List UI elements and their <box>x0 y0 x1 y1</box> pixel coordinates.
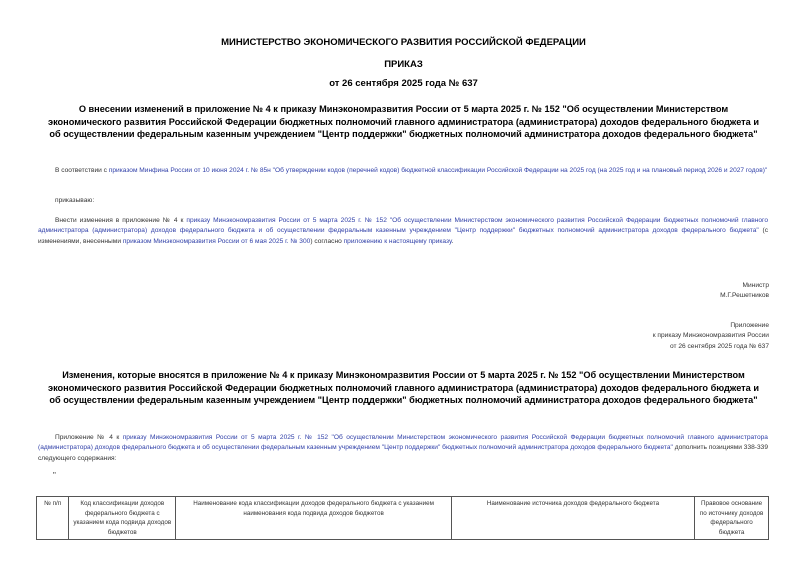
minfin-order-link[interactable]: приказом Минфина России от 10 июня 2024 … <box>109 167 767 174</box>
order-152-link-2[interactable]: приказу Минэкономразвития России от 5 ма… <box>38 434 768 451</box>
paragraph-amend: Внести изменения в приложение № 4 к прик… <box>38 216 768 247</box>
ministry-name: МИНИСТЕРСТВО ЭКОНОМИЧЕСКОГО РАЗВИТИЯ РОС… <box>0 37 807 48</box>
appendix-line3: от 26 сентября 2025 года № 637 <box>653 342 769 352</box>
paragraph-basis: В соответствии с приказом Минфина России… <box>38 166 768 176</box>
signature-block: Министр М.Г.Решетников <box>720 281 769 302</box>
positions-table: № п/п Код классификации доходов федераль… <box>36 496 769 540</box>
quote-mark: " <box>53 471 56 480</box>
amend-prefix: Внести изменения в приложение № 4 к <box>55 217 186 224</box>
col-source-name: Наименование источника доходов федеральн… <box>451 497 694 540</box>
table-header-row: № п/п Код классификации доходов федераль… <box>37 497 769 540</box>
amend-suffix: . <box>452 238 454 245</box>
signature-name: М.Г.Решетников <box>720 291 769 301</box>
signature-position: Министр <box>720 281 769 291</box>
changes-title: Изменения, которые вносятся в приложение… <box>45 369 762 407</box>
appendix-line2: к приказу Минэкономразвития России <box>653 331 769 341</box>
change-prefix: Приложение № 4 к <box>55 434 123 441</box>
document-type: ПРИКАЗ <box>0 59 807 70</box>
document-date-number: от 26 сентября 2025 года № 637 <box>0 78 807 89</box>
appendix-link[interactable]: приложению к настоящему приказу <box>344 238 452 245</box>
col-number: № п/п <box>37 497 69 540</box>
col-code: Код классификации доходов федерального б… <box>69 497 176 540</box>
amend-middle2: ) согласно <box>310 238 343 245</box>
paragraph-appendix-change: Приложение № 4 к приказу Минэкономразвит… <box>38 433 768 464</box>
basis-prefix: В соответствии с <box>55 167 109 174</box>
appendix-header: Приложение к приказу Минэкономразвития Р… <box>653 321 769 352</box>
paragraph-order: приказываю: <box>55 196 94 206</box>
document-title: О внесении изменений в приложение № 4 к … <box>45 103 762 141</box>
col-legal-basis: Правовое основание по источнику доходов … <box>695 497 769 540</box>
appendix-line1: Приложение <box>653 321 769 331</box>
col-code-name: Наименование кода классификации доходов … <box>176 497 452 540</box>
order-300-link[interactable]: приказом Минэкономразвития России от 6 м… <box>123 238 310 245</box>
